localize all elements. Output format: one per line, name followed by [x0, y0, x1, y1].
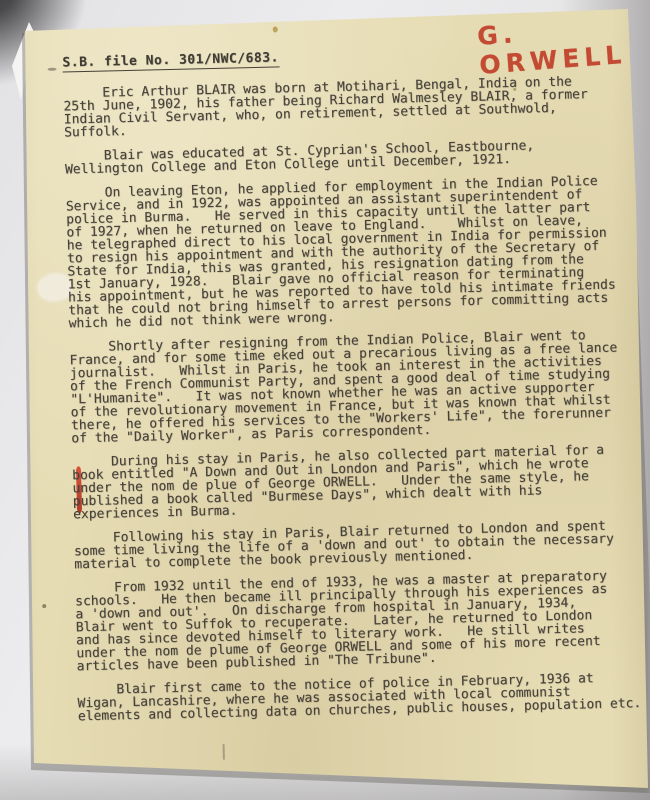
paragraph-2: Blair was educated at St. Cyprian's Scho… [65, 137, 640, 177]
paragraph-6: Following his stay in Paris, Blair retur… [74, 519, 650, 572]
photo-background: S.B. file No. 301/NWC/683. G. ORWELL Eri… [0, 0, 650, 800]
handwritten-annotation: G. ORWELL [476, 10, 644, 80]
paragraph-4: Shortly after resigning from the Indian … [69, 328, 646, 446]
paragraph-7: From 1932 until the end of 1933, he was … [75, 569, 650, 674]
paragraph-1: Eric Arthur BLAIR was born at Motihari, … [63, 74, 639, 140]
paragraph-3: On leaving Eton, he applied for employme… [65, 174, 643, 331]
stray-pencil-mark [48, 68, 57, 71]
paper-speck [513, 88, 516, 91]
paragraph-5: During his stay in Paris, he also collec… [72, 443, 648, 522]
paper-speck [42, 604, 46, 608]
document-page: S.B. file No. 301/NWC/683. G. ORWELL Eri… [0, 0, 650, 800]
paragraph-8: Blair first came to the notice of police… [77, 671, 650, 724]
document-body: Eric Arthur BLAIR was born at Motihari, … [63, 74, 650, 734]
paper-scratch [223, 744, 225, 760]
paper-speck [273, 26, 278, 32]
page-content: S.B. file No. 301/NWC/683. G. ORWELL Eri… [0, 0, 650, 800]
file-number: S.B. file No. 301/NWC/683. [62, 50, 279, 72]
paper-speck [124, 545, 126, 551]
